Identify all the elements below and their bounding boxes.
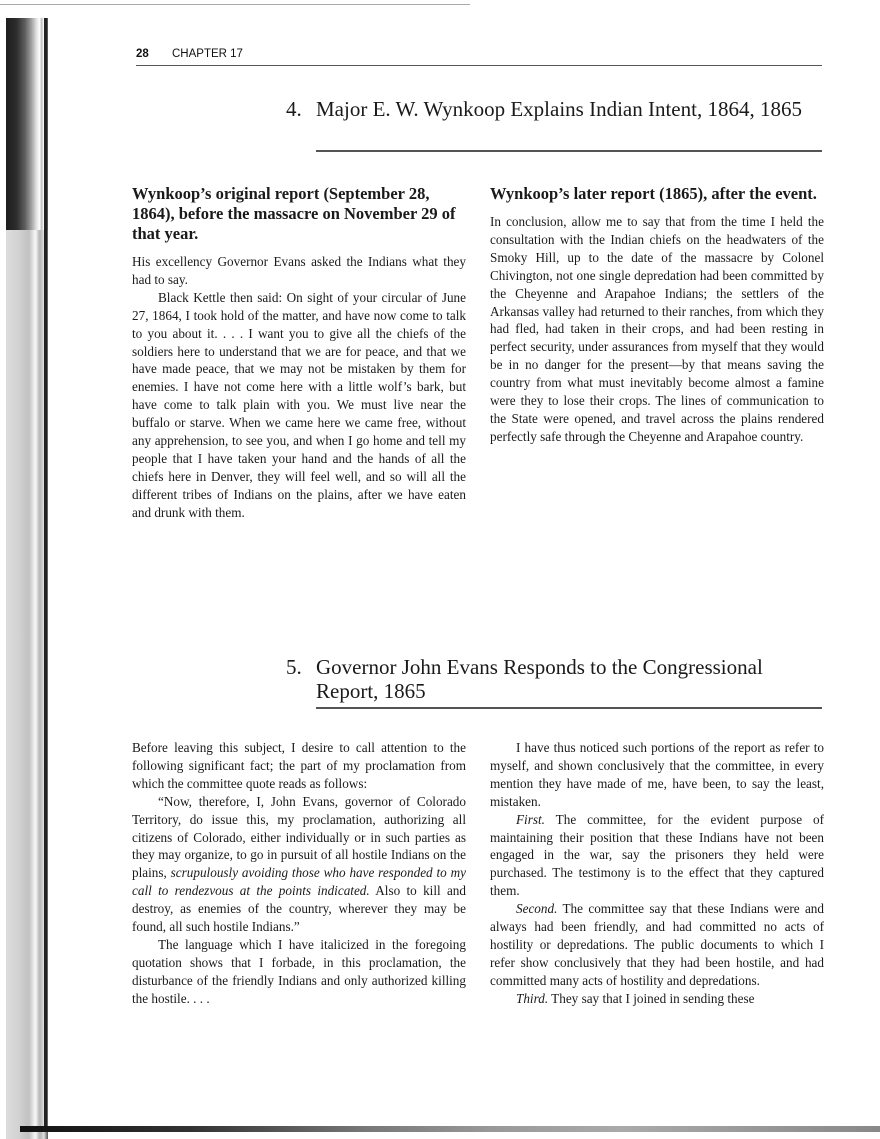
- original-report-heading: Wynkoop’s original report (September 28,…: [132, 184, 466, 244]
- section-5-left-column: Before leaving this subject, I desire to…: [132, 739, 466, 1008]
- paragraph: I have thus noticed such portions of the…: [490, 739, 824, 811]
- scan-top-edge: [0, 4, 470, 5]
- page-bottom-edge: [20, 1126, 880, 1132]
- paragraph-first: First. The committee, for the evident pu…: [490, 811, 824, 901]
- section-5-rule: [316, 707, 822, 709]
- page-left-edge: [44, 18, 47, 1128]
- chapter-label: CHAPTER 17: [172, 48, 243, 60]
- section-number: 4.: [286, 97, 302, 121]
- book-spine-fade: [6, 230, 48, 1139]
- section-4-right-column: Wynkoop’s later report (1865), after the…: [490, 184, 824, 446]
- section-4-rule: [316, 150, 822, 152]
- paragraph: The language which I have italicized in …: [132, 936, 466, 1008]
- section-5-title: 5. Governor John Evans Responds to the C…: [286, 655, 822, 703]
- paragraph: In conclusion, allow me to say that from…: [490, 213, 824, 446]
- page-number: 28: [136, 48, 149, 60]
- section-5-right-column: I have thus noticed such portions of the…: [490, 739, 824, 1008]
- running-head: 28 CHAPTER 17: [136, 48, 822, 66]
- paragraph-third: Third. They say that I joined in sending…: [490, 990, 824, 1008]
- section-number: 5.: [286, 655, 302, 679]
- section-title-text: Governor John Evans Responds to the Cong…: [316, 655, 822, 703]
- paragraph: Black Kettle then said: On sight of your…: [132, 289, 466, 522]
- section-4-title: 4. Major E. W. Wynkoop Explains Indian I…: [286, 97, 822, 121]
- paragraph-second: Second. The committee say that these Ind…: [490, 900, 824, 990]
- section-4-left-column: Wynkoop’s original report (September 28,…: [132, 184, 466, 522]
- proclamation-quote: “Now, therefore, I, John Evans, governor…: [132, 793, 466, 936]
- paragraph: Before leaving this subject, I desire to…: [132, 739, 466, 793]
- paragraph: His excellency Governor Evans asked the …: [132, 253, 466, 289]
- section-title-text: Major E. W. Wynkoop Explains Indian Inte…: [316, 97, 822, 121]
- later-report-heading: Wynkoop’s later report (1865), after the…: [490, 184, 824, 204]
